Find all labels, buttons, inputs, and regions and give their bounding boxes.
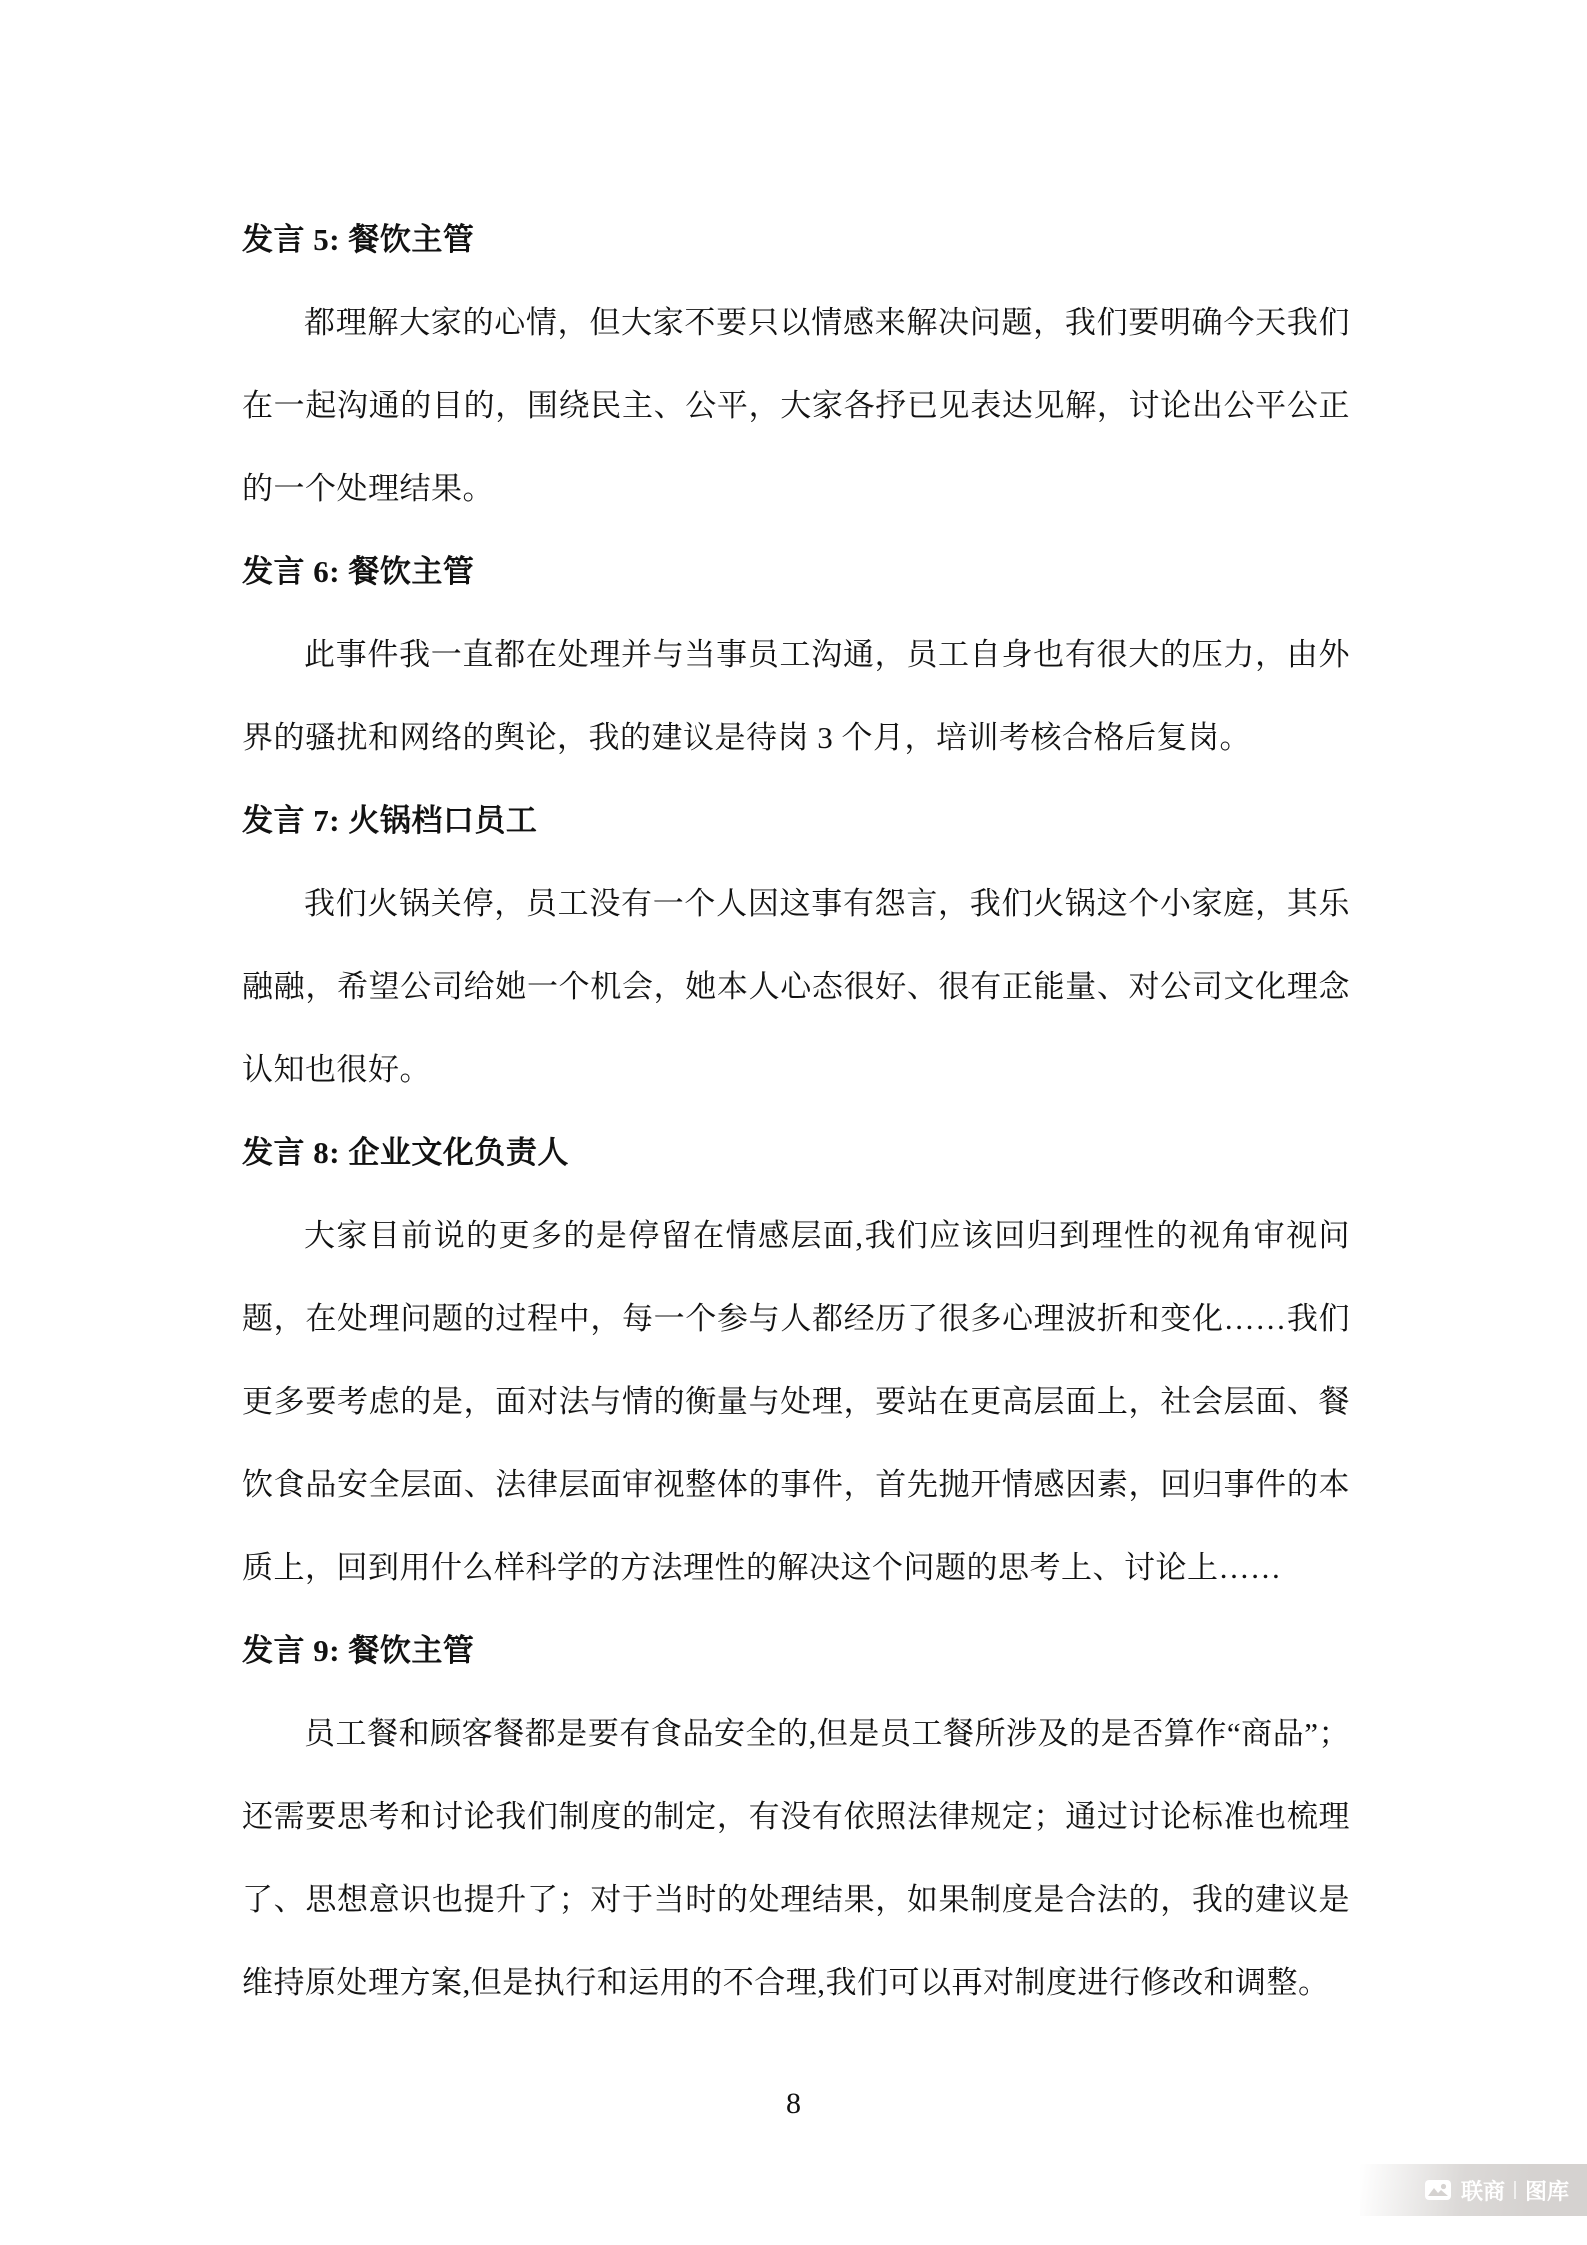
document-page: 发言 5: 餐饮主管都理解大家的心情，但大家不要只以情感来解决问题，我们要明确今… (0, 0, 1587, 2245)
paragraph-line: 大家目前说的更多的是停留在情感层面,我们应该回归到理性的视角审视问 (242, 1194, 1350, 1277)
watermark-brand-left: 联商 (1461, 2175, 1505, 2206)
paragraph-line: 质上，回到用什么样科学的方法理性的解决这个问题的思考上、讨论上…… (242, 1526, 1350, 1609)
paragraph-line: 员工餐和顾客餐都是要有食品安全的,但是员工餐所涉及的是否算作“商品”； (242, 1692, 1350, 1775)
paragraph-line: 界的骚扰和网络的舆论，我的建议是待岗 3 个月，培训考核合格后复岗。 (242, 696, 1350, 779)
paragraph-line: 融融，希望公司给她一个机会，她本人心态很好、很有正能量、对公司文化理念 (242, 945, 1350, 1028)
section-heading-9: 发言 9: 餐饮主管 (242, 1609, 1350, 1692)
paragraph-line: 维持原处理方案,但是执行和运用的不合理,我们可以再对制度进行修改和调整。 (242, 1941, 1350, 2024)
paragraph-line: 此事件我一直都在处理并与当事员工沟通，员工自身也有很大的压力，由外 (242, 613, 1350, 696)
section-heading-7: 发言 7: 火锅档口员工 (242, 779, 1350, 862)
watermark: 联商 图库 (1360, 2164, 1587, 2216)
watermark-brand-right: 图库 (1525, 2175, 1569, 2206)
watermark-picture-icon (1424, 2178, 1452, 2202)
paragraph-line: 认知也很好。 (242, 1028, 1350, 1111)
document-content: 发言 5: 餐饮主管都理解大家的心情，但大家不要只以情感来解决问题，我们要明确今… (242, 198, 1350, 2024)
section-heading-8: 发言 8: 企业文化负责人 (242, 1111, 1350, 1194)
watermark-divider-icon (1514, 2181, 1516, 2199)
paragraph-line: 我们火锅关停，员工没有一个人因这事有怨言，我们火锅这个小家庭，其乐 (242, 862, 1350, 945)
paragraph-line: 更多要考虑的是，面对法与情的衡量与处理，要站在更高层面上，社会层面、餐 (242, 1360, 1350, 1443)
page-number: 8 (0, 2062, 1587, 2145)
paragraph-line: 题，在处理问题的过程中，每一个参与人都经历了很多心理波折和变化……我们 (242, 1277, 1350, 1360)
paragraph-line: 饮食品安全层面、法律层面审视整体的事件，首先抛开情感因素，回归事件的本 (242, 1443, 1350, 1526)
paragraph-line: 在一起沟通的目的，围绕民主、公平，大家各抒已见表达见解，讨论出公平公正 (242, 364, 1350, 447)
paragraph-line: 了、思想意识也提升了；对于当时的处理结果，如果制度是合法的，我的建议是 (242, 1858, 1350, 1941)
paragraph-line: 都理解大家的心情，但大家不要只以情感来解决问题，我们要明确今天我们 (242, 281, 1350, 364)
paragraph-line: 的一个处理结果。 (242, 447, 1350, 530)
paragraph-line: 还需要思考和讨论我们制度的制定，有没有依照法律规定；通过讨论标准也梳理 (242, 1775, 1350, 1858)
section-heading-5: 发言 5: 餐饮主管 (242, 198, 1350, 281)
section-heading-6: 发言 6: 餐饮主管 (242, 530, 1350, 613)
